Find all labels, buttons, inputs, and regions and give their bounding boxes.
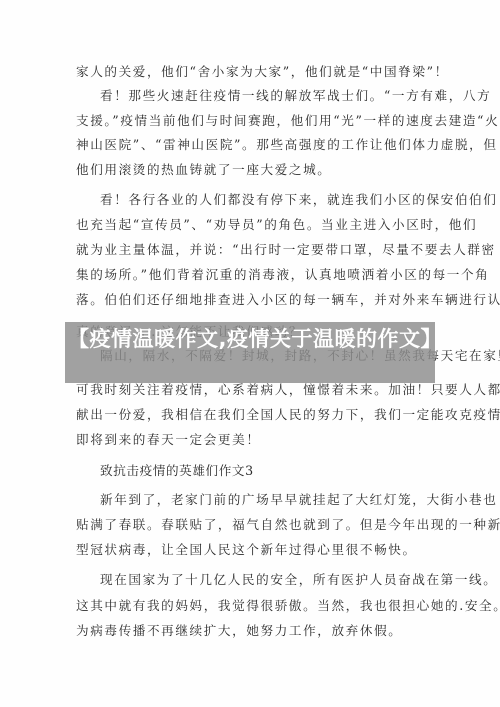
text-line: 家人的关爱，他们“舍小家为大家”，他们就是“中国脊梁”！	[76, 62, 426, 82]
banner-title: 【疫情温暖作文,疫情关于温暖的作文】	[68, 326, 438, 353]
text-line: 看！那些火速赶往疫情一线的解放军战士们。“一方有难，八方	[100, 86, 426, 106]
text-line: 贴满了春联。春联贴了，福气自然也就到了。但是今年出现的一种新	[76, 515, 426, 535]
text-line: 即将到来的春天一定会更美！	[76, 430, 426, 450]
text-line: 神山医院”、“雷神山医院”。那些高强度的工作让他们体力虚脱，但	[76, 135, 426, 155]
text-line: 献出一份爱，我相信在我们全国人民的努力下，我们一定能攻克疫情！	[76, 405, 426, 425]
text-line: 为病毒传播不再继续扩大，她努力工作，放弃休假。	[76, 621, 426, 641]
text-line: 可我时刻关注着疫情，心系着病人，憧憬着未来。加油！只要人人都	[76, 380, 426, 400]
text-line: 新年到了，老家门前的广场早早就挂起了大红灯笼，大街小巷也	[100, 490, 426, 510]
text-line: 他们用滚烫的热血铸就了一座大爱之城。	[76, 160, 426, 180]
text-line: 落。伯伯们还仔细地排查进入小区的每一辆车，并对外来车辆进行认	[76, 290, 426, 310]
text-line: 就为业主量体温，并说：“出行时一定要带口罩，尽量不要去人群密	[76, 240, 426, 260]
text-line: 看！各行各业的人们都没有停下来，就连我们小区的保安伯伯们	[100, 190, 426, 210]
text-line: 支援。”疫情当前他们与时间赛跑，他们用“光”一样的速度去建造“火	[76, 111, 426, 131]
text-line: 集的场所。”他们背着沉重的消毒液，认真地喷洒着小区的每一个角	[76, 265, 426, 285]
text-line: 这其中就有我的妈妈，我觉得很骄傲。当然，我也很担心她的.安全。	[76, 596, 426, 616]
text-line: 型冠状病毒，让全国人民这个新年过得心里很不畅快。	[76, 540, 426, 560]
text-line: 现在国家为了十几亿人民的安全，所有医护人员奋战在第一线。	[100, 570, 426, 590]
text-line: 也充当起“宣传员”、“劝导员”的角色。当业主进入小区时，他们	[76, 215, 426, 235]
section-heading: 致抗击疫情的英雄们作文3	[100, 461, 426, 481]
